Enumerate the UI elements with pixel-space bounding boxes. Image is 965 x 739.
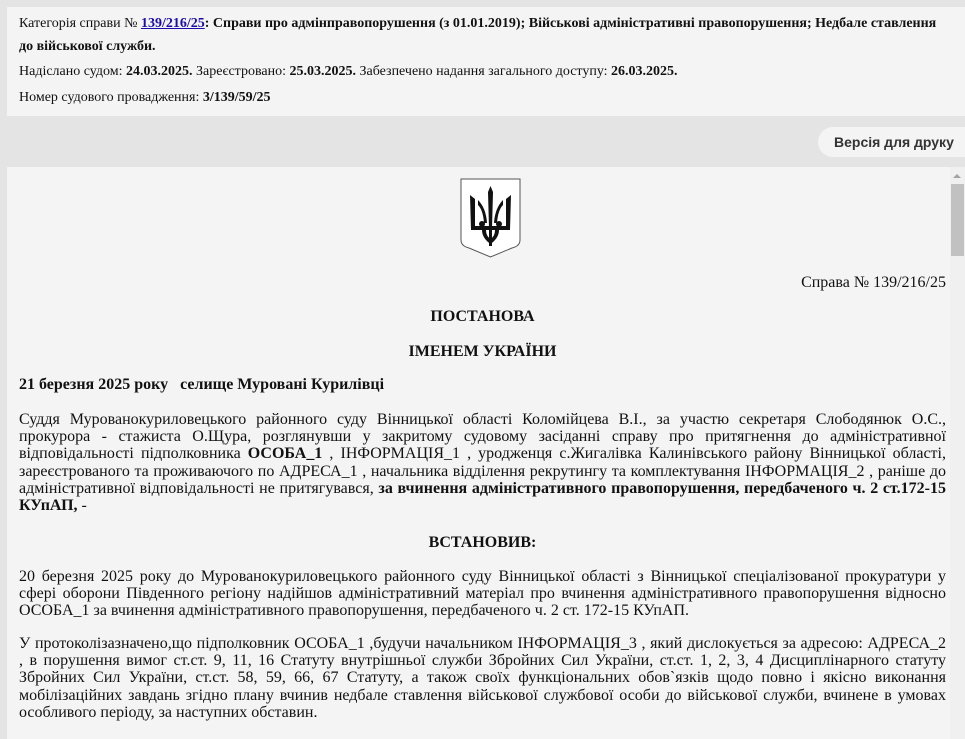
case-category-line: Категорія справи № 139/216/25: Справи пр… bbox=[19, 13, 953, 58]
established-paragraph-1: 20 березня 2025 року до Мурованокурилове… bbox=[19, 568, 946, 620]
established-paragraph-2: У протоколізазначено,що підполковник ОСО… bbox=[19, 635, 946, 721]
vertical-scrollbar[interactable] bbox=[950, 167, 965, 739]
date-place-line: 21 березня 2025 року селище Муровані Кур… bbox=[19, 376, 384, 393]
registered-date: 25.03.2025. bbox=[289, 64, 356, 79]
document-title: ПОСТАНОВА bbox=[19, 308, 946, 325]
access-label: Забезпечено надання загального доступу: bbox=[356, 64, 611, 79]
section-title-established: ВСТАНОВИВ: bbox=[19, 534, 946, 551]
dates-line: Надіслано судом: 24.03.2025. Зареєстрова… bbox=[19, 61, 953, 84]
document-viewer: Справа № 139/216/25 ПОСТАНОВА ІМЕНЕМ УКР… bbox=[7, 167, 965, 739]
scroll-up-arrow-icon[interactable] bbox=[953, 174, 961, 178]
intro-paragraph: Суддя Мурованокуриловецького районного с… bbox=[19, 411, 946, 514]
sent-label: Надіслано судом: bbox=[19, 64, 126, 79]
person-name: ОСОБА_1 bbox=[248, 445, 323, 462]
category-label: Категорія справи № bbox=[19, 16, 141, 31]
case-number-link[interactable]: 139/216/25 bbox=[141, 16, 205, 31]
coat-of-arms-icon bbox=[460, 178, 521, 258]
case-number-heading: Справа № 139/216/25 bbox=[801, 274, 946, 291]
proceeding-label: Номер судового провадження: bbox=[19, 90, 203, 105]
sent-date: 24.03.2025. bbox=[126, 64, 193, 79]
document-subtitle: ІМЕНЕМ УКРАЇНИ bbox=[19, 343, 946, 360]
proceeding-line: Номер судового провадження: 3/139/59/25 bbox=[19, 87, 953, 110]
scroll-thumb[interactable] bbox=[951, 184, 964, 256]
print-version-button[interactable]: Версія для друку bbox=[818, 127, 965, 157]
registered-label: Зареєстровано: bbox=[193, 64, 290, 79]
case-info-panel: Категорія справи № 139/216/25: Справи пр… bbox=[7, 7, 965, 116]
proceeding-number: 3/139/59/25 bbox=[203, 90, 271, 105]
access-date: 26.03.2025. bbox=[611, 64, 678, 79]
intro-tail: - bbox=[78, 497, 87, 514]
